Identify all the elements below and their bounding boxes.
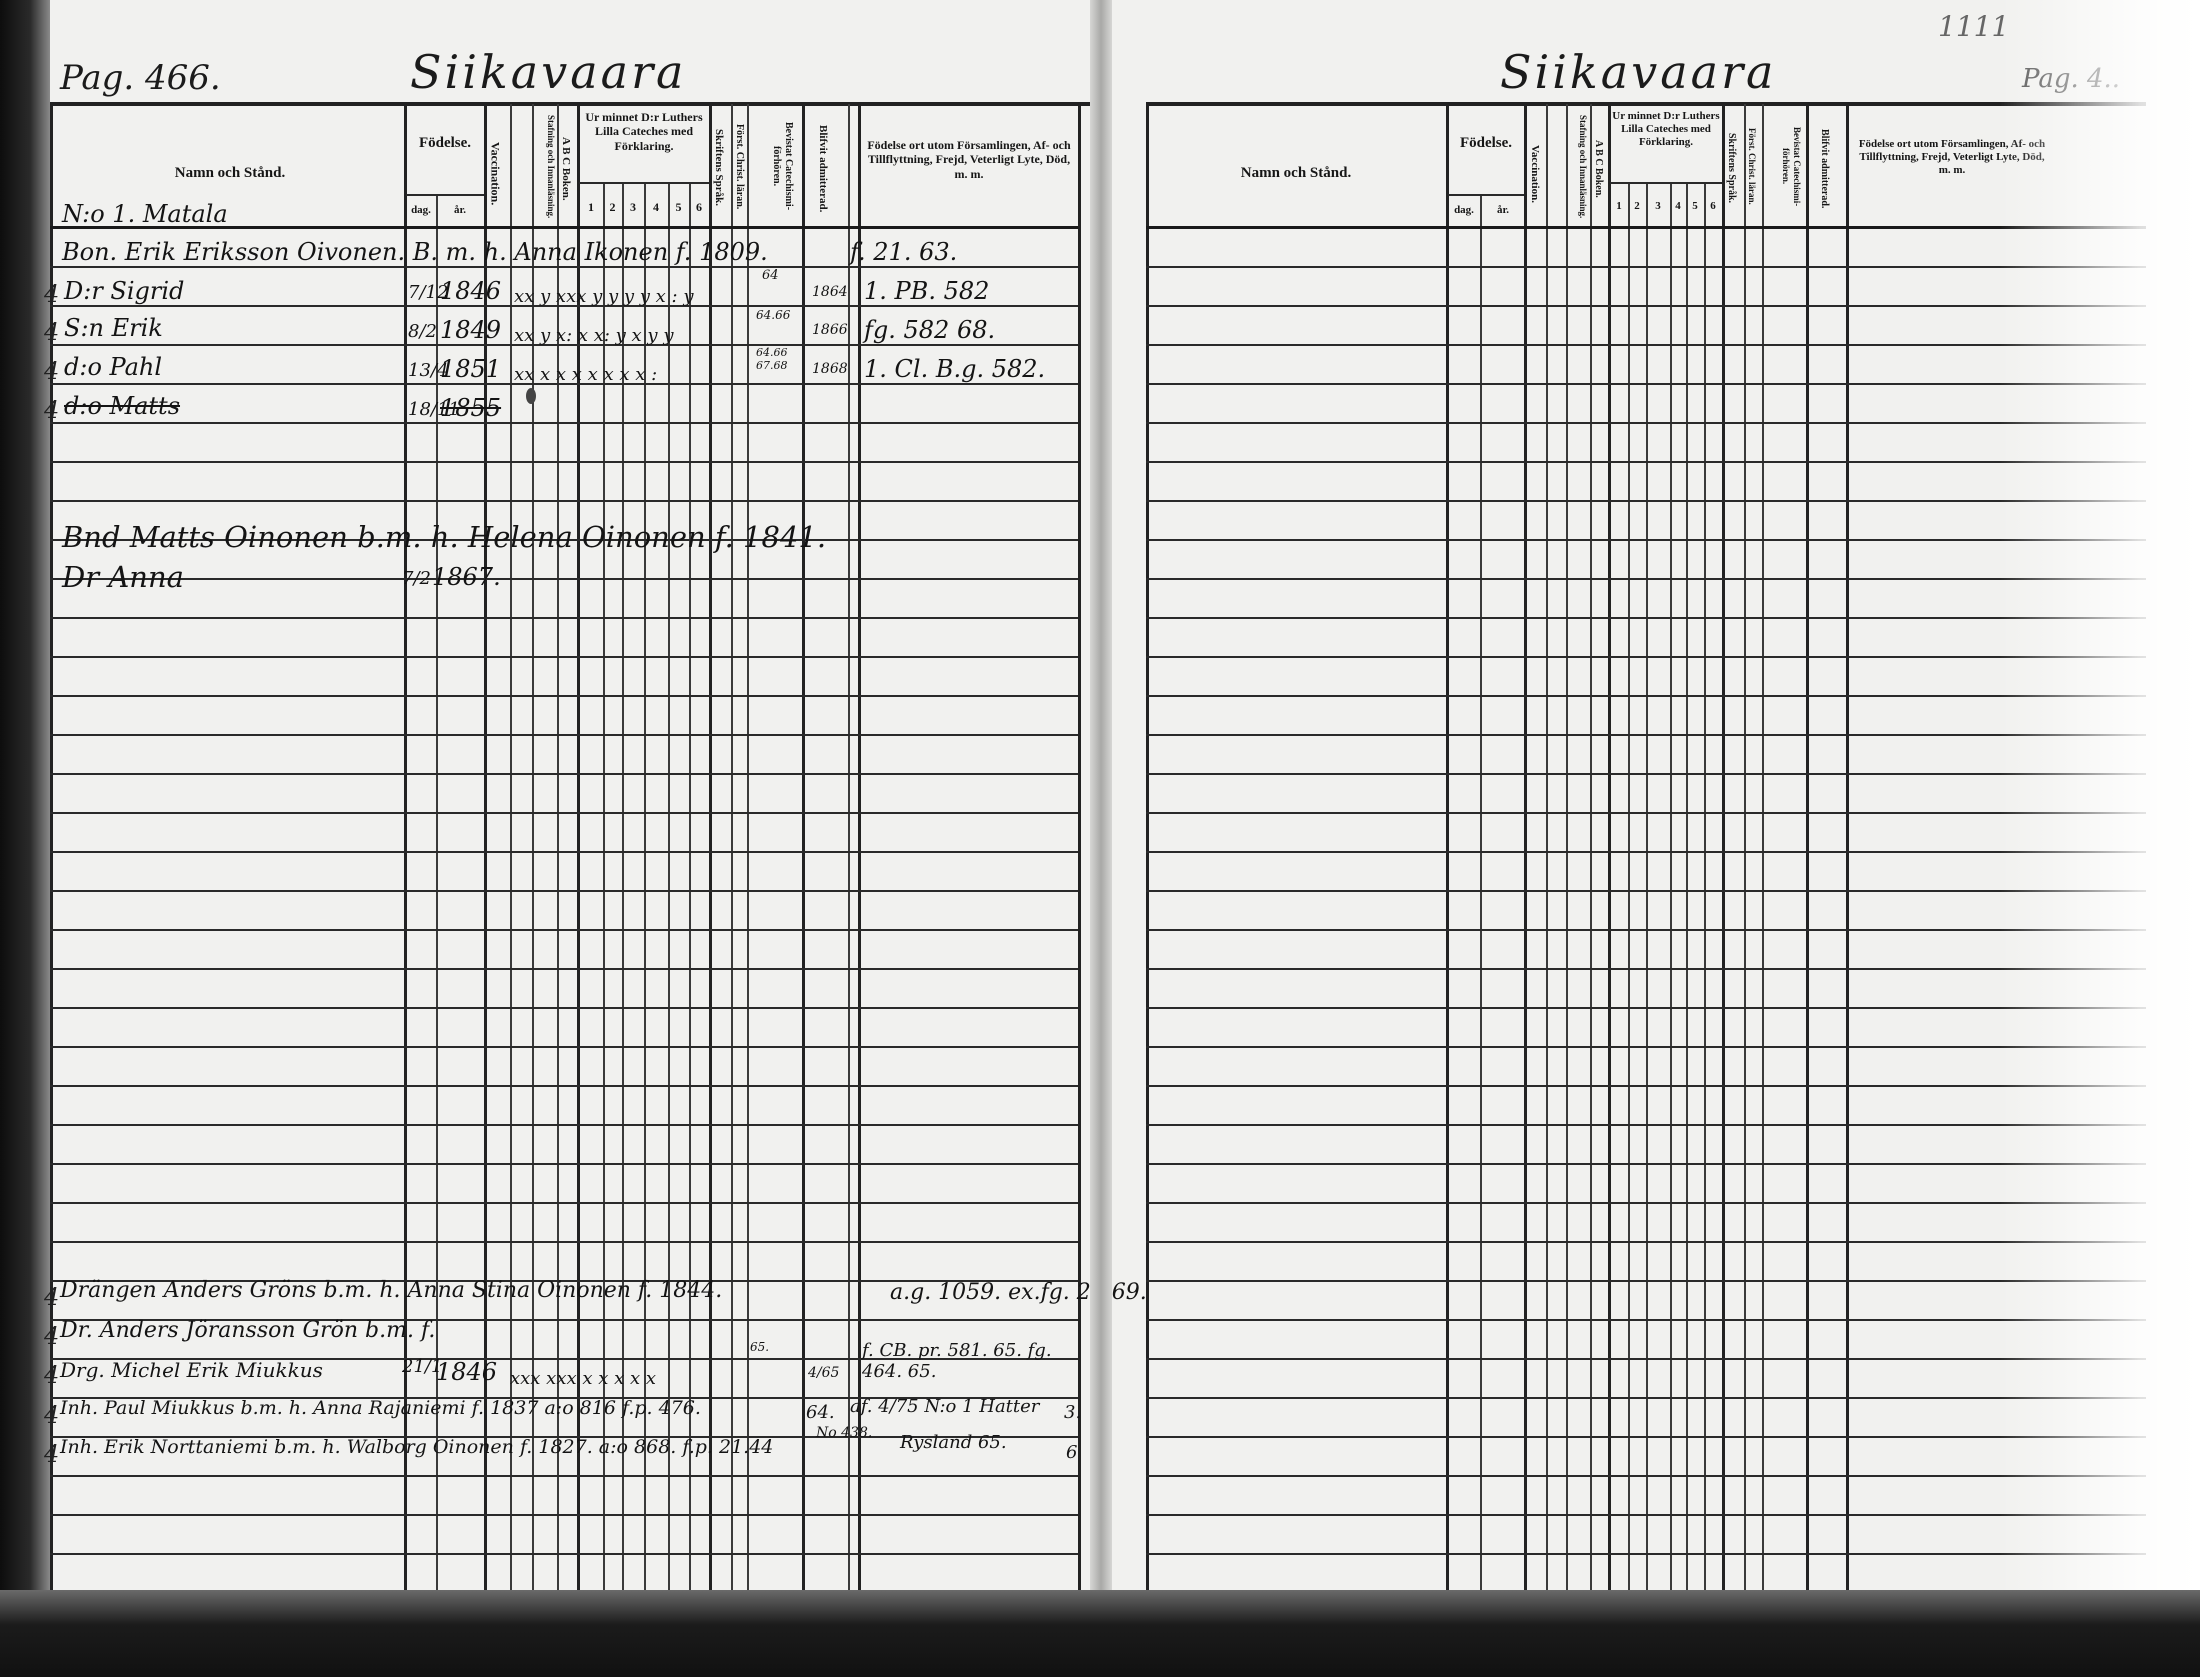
entry-name: S:n Erik	[64, 314, 163, 342]
entry-name: Inh. Erik Norttaniemi b.m. h. Walborg Oi…	[60, 1436, 773, 1458]
margin-mark: 4	[44, 396, 59, 424]
entry-name: d:o Matts	[64, 392, 180, 420]
entry-col-b: 4/65	[808, 1365, 839, 1381]
header-catechism: Ur minnet D:r Luthers Lilla Cateches med…	[1610, 110, 1722, 150]
header-cat-5: 5	[1686, 200, 1704, 213]
entry-col-b: 1868	[812, 361, 848, 377]
scanned-register-spread: Pag. 466. Siikavaara	[0, 0, 2200, 1677]
margin-mark: 4	[44, 318, 59, 346]
header-birth-year: år.	[438, 204, 482, 217]
register-grid: Namn och Stånd. Födelse. dag. år. Vaccin…	[1146, 104, 2146, 1590]
header-cat-4: 4	[644, 200, 668, 214]
entry-birth-year: 1867.	[432, 563, 501, 591]
entry-marks: xxx xxx x x x x x	[510, 1368, 656, 1389]
header-name: Namn och Stånd.	[110, 164, 350, 182]
entry-name: Inh. Paul Miukkus b.m. h. Anna Rajaniemi…	[60, 1397, 701, 1419]
entry-name: d:o Pahl	[64, 353, 162, 381]
header-admitted: Blifvit admitterad.	[1818, 114, 1830, 224]
header-scripture: Skriftens Språk.	[1725, 112, 1737, 224]
header-cat-6: 6	[1704, 200, 1722, 213]
entry-name: D:r Sigrid	[64, 277, 184, 305]
entry-name: Dr Anna	[62, 560, 184, 594]
header-birth-day: dag.	[406, 204, 436, 217]
header-vaccination: Vaccination.	[488, 124, 502, 224]
entry-col-a: 64	[762, 268, 779, 283]
entry-notes: Rysland 65.	[900, 1432, 1007, 1453]
margin-mark: 4	[44, 1283, 59, 1311]
margin-mark: 4	[44, 1440, 59, 1468]
entry-notes: 1. PB. 582	[864, 277, 989, 305]
header-spelling: Stafning och Innanläsning.	[534, 109, 556, 224]
header-abc-book: A B C Boken.	[1592, 114, 1604, 224]
entry-notes: f. CB. pr. 581. 65. fg. 464. 65.	[862, 1340, 1052, 1382]
header-birth-day: dag.	[1448, 204, 1480, 217]
entry-extra: 6	[1066, 1442, 1077, 1463]
margin-mark: 4	[44, 280, 59, 308]
entry-marks: xx y x: x x: y x y y	[514, 325, 674, 346]
entry-name: Dr. Anders Jöransson Grön b.m. f.	[60, 1318, 435, 1343]
left-page: Pag. 466. Siikavaara	[50, 0, 1090, 1590]
village-name: Siikavaara	[1500, 45, 1777, 99]
header-admitted: Blifvit admitterad.	[816, 114, 829, 224]
entry-col-a: 64.	[806, 1402, 835, 1423]
entry-col-a: 64.66 67.68	[756, 346, 800, 372]
entry-col-b: 1866	[812, 322, 848, 338]
header-cat-1: 1	[581, 200, 601, 214]
entry-col-a: 64.66	[756, 308, 790, 322]
header-cat-2: 2	[603, 200, 622, 214]
entry-notes: af. 4/75 N:o 1 Hatter	[850, 1396, 1039, 1417]
entry-marks: xx y xxx y y y y x : y	[514, 286, 693, 307]
entry-notes: 1. Cl. B.g. 582.	[864, 355, 1045, 383]
margin-mark: 4	[44, 1322, 59, 1350]
entry-birth-day: 8/2	[408, 321, 437, 342]
entry-birth-year: 1846	[440, 277, 501, 305]
header-cat-3: 3	[1646, 200, 1670, 213]
book-spine	[1090, 0, 1112, 1590]
entry-col-b: 1864	[812, 284, 848, 300]
entry-birth-day: 7/2	[402, 568, 431, 589]
entry-name: Bon. Erik Eriksson Oivonen. B. m. h. Ann…	[62, 238, 768, 266]
header-catechism: Ur minnet D:r Luthers Lilla Cateches med…	[579, 110, 709, 153]
header-catechism-exams: Bevistat Catechismi-förhören.	[1768, 109, 1802, 224]
header-name: Namn och Stånd.	[1186, 164, 1406, 182]
entry-name: Drg. Michel Erik Miukkus	[60, 1358, 323, 1382]
page-number: Pag. 466.	[60, 58, 221, 98]
entry-birth-year: 1855	[440, 394, 501, 422]
top-right-mark: 1111	[1938, 10, 2009, 43]
entry-col-a: 65.	[750, 1340, 769, 1354]
ink-blot	[526, 388, 536, 404]
header-notes: Födelse ort utom Församlingen, Af- och T…	[864, 138, 1074, 181]
entry-name: N:o 1. Matala	[62, 200, 228, 228]
scan-vignette	[2000, 0, 2200, 1677]
entry-extra: 3.	[1064, 1402, 1081, 1423]
entry-name: Drängen Anders Gröns b.m. h. Anna Stina …	[60, 1278, 722, 1303]
entry-birth-year: 1846	[436, 1358, 497, 1386]
entry-birth-year: 1851	[440, 355, 501, 383]
header-cat-1: 1	[1610, 200, 1628, 213]
header-birth: Födelse.	[406, 134, 484, 152]
header-spelling: Stafning och Innanläsning.	[1568, 109, 1588, 224]
header-first-christ: Först. Christ. läran.	[1746, 109, 1757, 224]
header-scripture: Skriftens Språk.	[712, 112, 725, 224]
header-abc-book: A B C Boken.	[559, 114, 572, 224]
header-cat-3: 3	[622, 200, 644, 214]
margin-mark: 4	[44, 357, 59, 385]
header-vaccination: Vaccination.	[1528, 124, 1541, 224]
entry-birth-year: 1849	[440, 316, 501, 344]
header-cat-4: 4	[1670, 200, 1686, 213]
header-cat-2: 2	[1628, 200, 1646, 213]
header-birth: Födelse.	[1448, 134, 1524, 152]
header-cat-5: 5	[668, 200, 689, 214]
header-birth-year: år.	[1482, 204, 1524, 217]
film-edge-left	[0, 0, 50, 1677]
margin-mark: 4	[44, 1361, 59, 1389]
entry-col-a: No 438.	[816, 1425, 872, 1441]
header-cat-6: 6	[689, 200, 709, 214]
header-first-christ: Först. Christ. läran.	[733, 109, 745, 224]
village-name: Siikavaara	[410, 45, 687, 99]
entry-notes: fg. 582 68.	[864, 316, 995, 344]
margin-mark: 4	[44, 1401, 59, 1429]
entry-name: Bnd Matts Oinonen b.m. h. Helena Oinonen…	[62, 520, 826, 554]
film-edge-bottom	[0, 1590, 2200, 1677]
header-catechism-exams: Bevistat Catechismi-förhören.	[758, 109, 794, 224]
entry-marks: xx x x x x x x x :	[514, 364, 657, 385]
entry-notes: f. 21. 63.	[850, 238, 957, 266]
